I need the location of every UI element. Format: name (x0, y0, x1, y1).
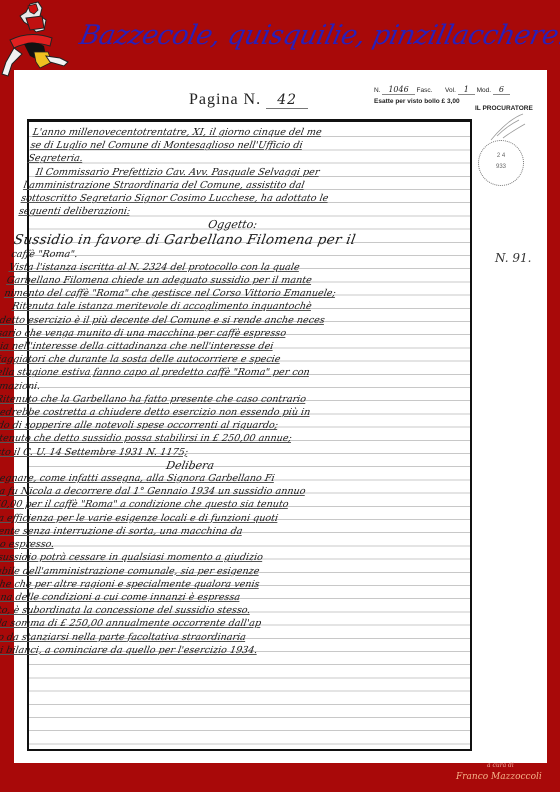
text-line: si vedrebbe costretta a chiudere detto e… (0, 406, 417, 419)
text-line: mente detto, è subordinata la concession… (0, 604, 382, 617)
deliberation-number: N. 91. (495, 251, 531, 265)
text-line: l'amministrazione Straordinaria del Comu… (22, 179, 456, 192)
text-line: viaggiatori che durante la sosta delle a… (0, 353, 426, 366)
text-line: insindacabile dell'amministrazione comun… (0, 565, 389, 578)
text-line: L'anno millenovecentotrentatre, XI, il g… (32, 126, 466, 139)
mod-label: Mod. (477, 87, 491, 94)
text-line: detto esercizio è il più decente del Com… (0, 314, 433, 327)
text-line: dianamente senza interruzione di sorta, … (0, 525, 396, 538)
text-line: Vista l'istanza iscritta al N. 2324 del … (8, 261, 442, 274)
text-line: sottoscritto Segretario Signor Cosimo Lu… (20, 192, 454, 205)
text-line: caffè tipo espresso. (0, 538, 393, 551)
text-line: Ritenuto che detto sussidio possa stabil… (0, 432, 412, 445)
text-line: Sussidio in favore di Garbellano Filomen… (13, 232, 448, 248)
text-line: sumazioni. (0, 380, 421, 393)
fee-line: Esatte per visto bollo £ 3,00 (374, 98, 460, 105)
text-line: lomena fu Nicola a decorrere dal 1° Genn… (0, 485, 403, 498)
vol-label: Vol. (445, 87, 456, 94)
site-title: Bazzecole, quisquilie, pinzillacchere... (77, 20, 560, 51)
text-line: grado di sopperire alle notevoli spese o… (0, 419, 414, 432)
text-line: se di Luglio nel Comune di Montesaglioso… (29, 139, 463, 152)
stamp-line: 933 (496, 164, 506, 170)
procuratore-label: IL PROCURATORE (475, 105, 533, 112)
deliberation-box: L'anno millenovecentotrentatre, XI, il g… (27, 119, 472, 751)
postmark-stamp: 2 4 933 (478, 140, 524, 186)
text-line: sia nell'interesse della cittadinanza ch… (0, 340, 428, 353)
credit-label: a cura di (487, 762, 514, 769)
archive-reference: N. 1046 Fasc. Vol. 1 Mod. 6 (374, 85, 510, 94)
file-number: 1046 (382, 85, 414, 95)
text-line: posito fondo da stanziarsi nella parte f… (0, 631, 377, 644)
text-line: Oggetto: (15, 218, 449, 231)
text-line: di assegnare, come infatti assegna, alla… (0, 472, 405, 485)
text-line: seguenti deliberazioni: (18, 205, 452, 218)
page-header: Pagina N. 42 (189, 91, 308, 109)
text-line: Garbellano Filomena chiede un adeguato s… (6, 274, 440, 287)
text-line: Ritenuta tale istanza meritevole di acco… (1, 300, 435, 313)
text-line: nimento del caffè "Roma" che gestisce ne… (3, 287, 437, 300)
text-line: economiche che per altre ragioni e speci… (0, 578, 386, 591)
text-line: Delibera (0, 459, 407, 472)
vol-value: 1 (458, 85, 475, 95)
text-line: Prelevarsi la somma di £ 250,00 annualme… (0, 617, 379, 630)
text-line: sario che venga munito di una macchina p… (0, 327, 431, 340)
text-line: Visto il C. U. 14 Settembre 1931 N. 1175… (0, 446, 410, 459)
text-line: nella stagione estiva fanno capo al pred… (0, 366, 424, 379)
text-line: Ritenuto che la Garbellano ha fatto pres… (0, 393, 419, 406)
text-line: caffè "Roma". (10, 248, 444, 261)
text-line: dei rispettivi bilanci, a cominciare da … (0, 644, 375, 657)
text-line: se meno una delle condizioni a cui come … (0, 591, 384, 604)
mod-value: 6 (493, 85, 510, 95)
credit-name: Franco Mazzoccoli (456, 772, 542, 782)
text-line: Segreteria. (27, 152, 461, 165)
stamp-line: 2 4 (479, 151, 523, 162)
document-page: N. 1046 Fasc. Vol. 1 Mod. 6 Esatte per v… (14, 70, 547, 763)
page-label: Pagina N. (189, 91, 261, 108)
text-line: in piena efficienza per le varie esigenz… (0, 512, 398, 525)
text-line: Il Commissario Prefettizio Cav. Avv. Pas… (25, 166, 459, 179)
number-prefix: N. (374, 87, 381, 94)
fasc-label: Fasc. (416, 87, 432, 94)
text-line: Detto sussidio potrà cessare in qualsias… (0, 551, 391, 564)
text-line: di £ 250,00 per il caffè "Roma" a condiz… (0, 498, 400, 511)
dancer-logo-icon (0, 0, 72, 80)
page-number: 42 (266, 92, 308, 109)
signature-icon (489, 112, 529, 142)
